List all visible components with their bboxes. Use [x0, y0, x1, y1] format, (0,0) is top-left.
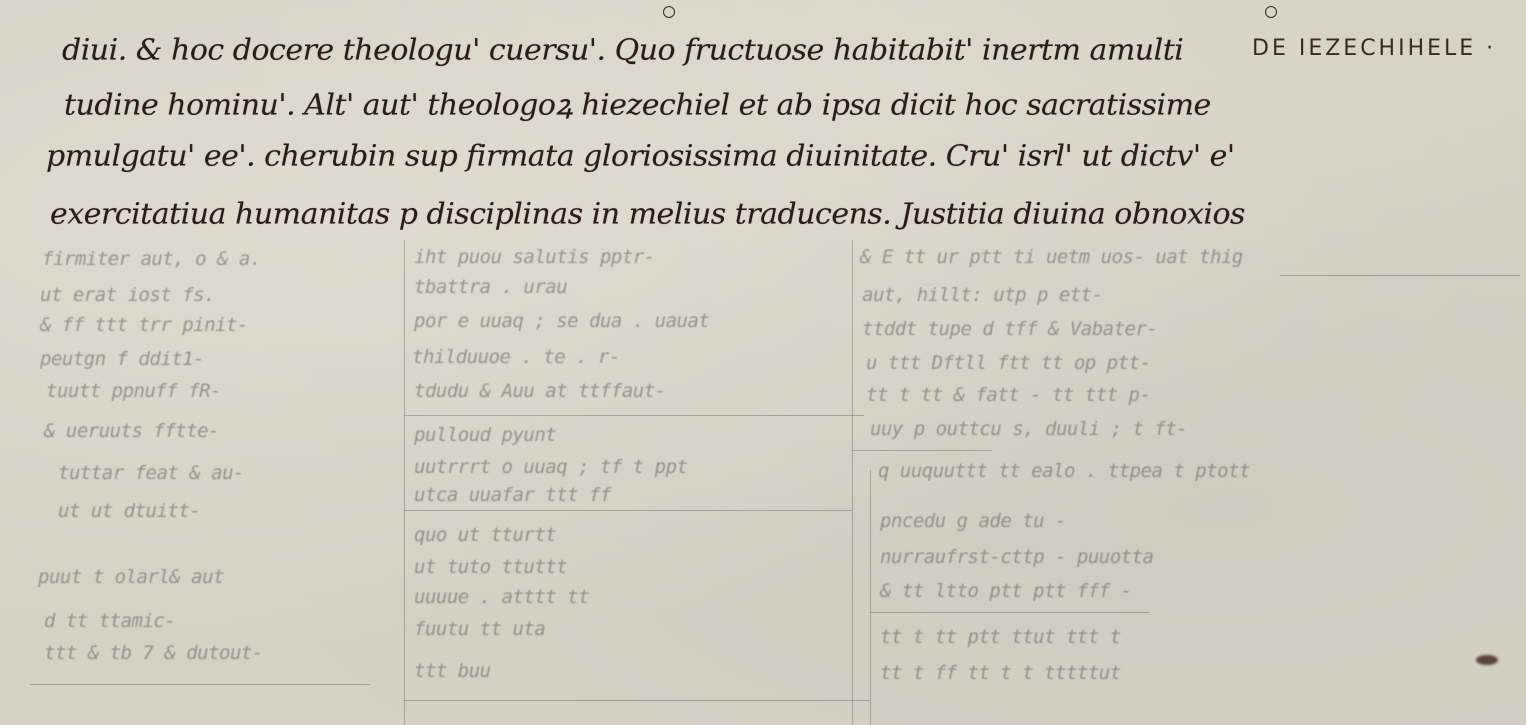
pencil-row-divider — [404, 510, 852, 511]
pencil-row-divider — [30, 684, 370, 685]
pencil-right-line: tt t tt ptt ttut ttt t — [880, 626, 1121, 648]
pencil-right-line: ttddt tupe d tff & Vabater- — [862, 318, 1157, 340]
manuscript-page: diui. & hoc docere theologu' cuersu'. Qu… — [0, 0, 1526, 725]
pencil-right-line: nurraufrst-cttp - puuotta — [880, 546, 1153, 568]
pencil-left-line: & ueruuts fftte- — [44, 420, 219, 442]
pencil-left-line: firmiter aut, o & a. — [42, 248, 261, 270]
pencil-row-divider — [404, 415, 864, 416]
pencil-column-divider — [870, 470, 871, 725]
pencil-left-line: & ff ttt trr pinit- — [40, 314, 248, 336]
superscript-mark-icon — [663, 6, 675, 18]
ink-stain — [1476, 655, 1498, 665]
pencil-right-line: u ttt Dftll ftt tt op ptt- — [866, 352, 1150, 374]
pencil-right-line: pncedu g ade tu - — [880, 510, 1066, 532]
pencil-right-line: tt t tt & fatt - tt ttt p- — [866, 384, 1150, 406]
pencil-middle-line: ut tuto ttuttt — [414, 556, 567, 578]
pencil-left-line: tuutt ppnuff fR- — [46, 380, 221, 402]
pencil-left-line: d tt ttamic- — [44, 610, 175, 632]
pencil-left-line: ut ut dtuitt- — [58, 500, 200, 522]
pencil-middle-line: fuutu tt uta — [414, 618, 545, 640]
pencil-right-line: & E tt ur ptt ti uetm uos- uat thig — [860, 246, 1243, 268]
pencil-row-divider — [870, 612, 1150, 613]
pencil-left-line: peutgn f ddit1- — [40, 348, 204, 370]
main-text-line-3: pmulgatu' ee'. cherubin sup firmata glor… — [46, 140, 1235, 173]
pencil-left-line: puut t olarl& aut — [38, 566, 224, 588]
pencil-left-line: ttt & tb 7 & dutout- — [44, 642, 263, 664]
pencil-middle-line: quo ut tturtt — [414, 524, 556, 546]
pencil-middle-line: uuuue . atttt tt — [414, 586, 589, 608]
pencil-middle-line: ttt buu — [414, 660, 491, 682]
main-text-line-2: tudine hominu'. Alt' aut' theologoꝝ hiez… — [64, 84, 1211, 123]
main-text-line-1: diui. & hoc docere theologu' cuersu'. Qu… — [62, 34, 1183, 67]
pencil-middle-line: por e uuaq ; se dua . uauat — [414, 310, 709, 332]
pencil-column-divider — [852, 240, 853, 725]
pencil-right-line: & tt ltto ptt ptt fff - — [880, 580, 1132, 602]
pencil-middle-line: uutrrrt o uuaq ; tf t ppt — [414, 456, 687, 478]
pencil-middle-line: thilduuoe . te . r- — [412, 346, 620, 368]
pencil-right-line: q uuquuttt tt ealo . ttpea t ptott — [878, 460, 1250, 482]
pencil-row-divider — [1280, 275, 1520, 276]
pencil-right-line: tt t ff tt t t tttttut — [880, 662, 1121, 684]
pencil-right-line: uuy p outtcu s, duuli ; t ft- — [870, 418, 1187, 440]
pencil-right-line: aut, hillt: utp p ett- — [862, 284, 1103, 306]
pencil-row-divider — [404, 700, 870, 701]
pencil-middle-line: pulloud pyunt — [414, 424, 556, 446]
pencil-middle-line: tbattra . urau — [414, 276, 567, 298]
superscript-mark-icon — [1265, 6, 1277, 18]
pencil-row-divider — [852, 450, 992, 451]
rubric-heading: DE IEZECHIHELE · — [1252, 36, 1496, 61]
main-text-line-4: exercitatiua humanitas p disciplinas in … — [50, 198, 1245, 231]
pencil-column-divider — [404, 240, 405, 725]
pencil-left-line: ut erat iost fs. — [40, 284, 215, 306]
pencil-middle-line: tdudu & Auu at ttffaut- — [414, 380, 666, 402]
pencil-middle-line: iht puou salutis pptr- — [414, 246, 655, 268]
pencil-middle-line: utca uuafar ttt ff — [414, 484, 611, 506]
pencil-left-line: tuttar feat & au- — [58, 462, 244, 484]
